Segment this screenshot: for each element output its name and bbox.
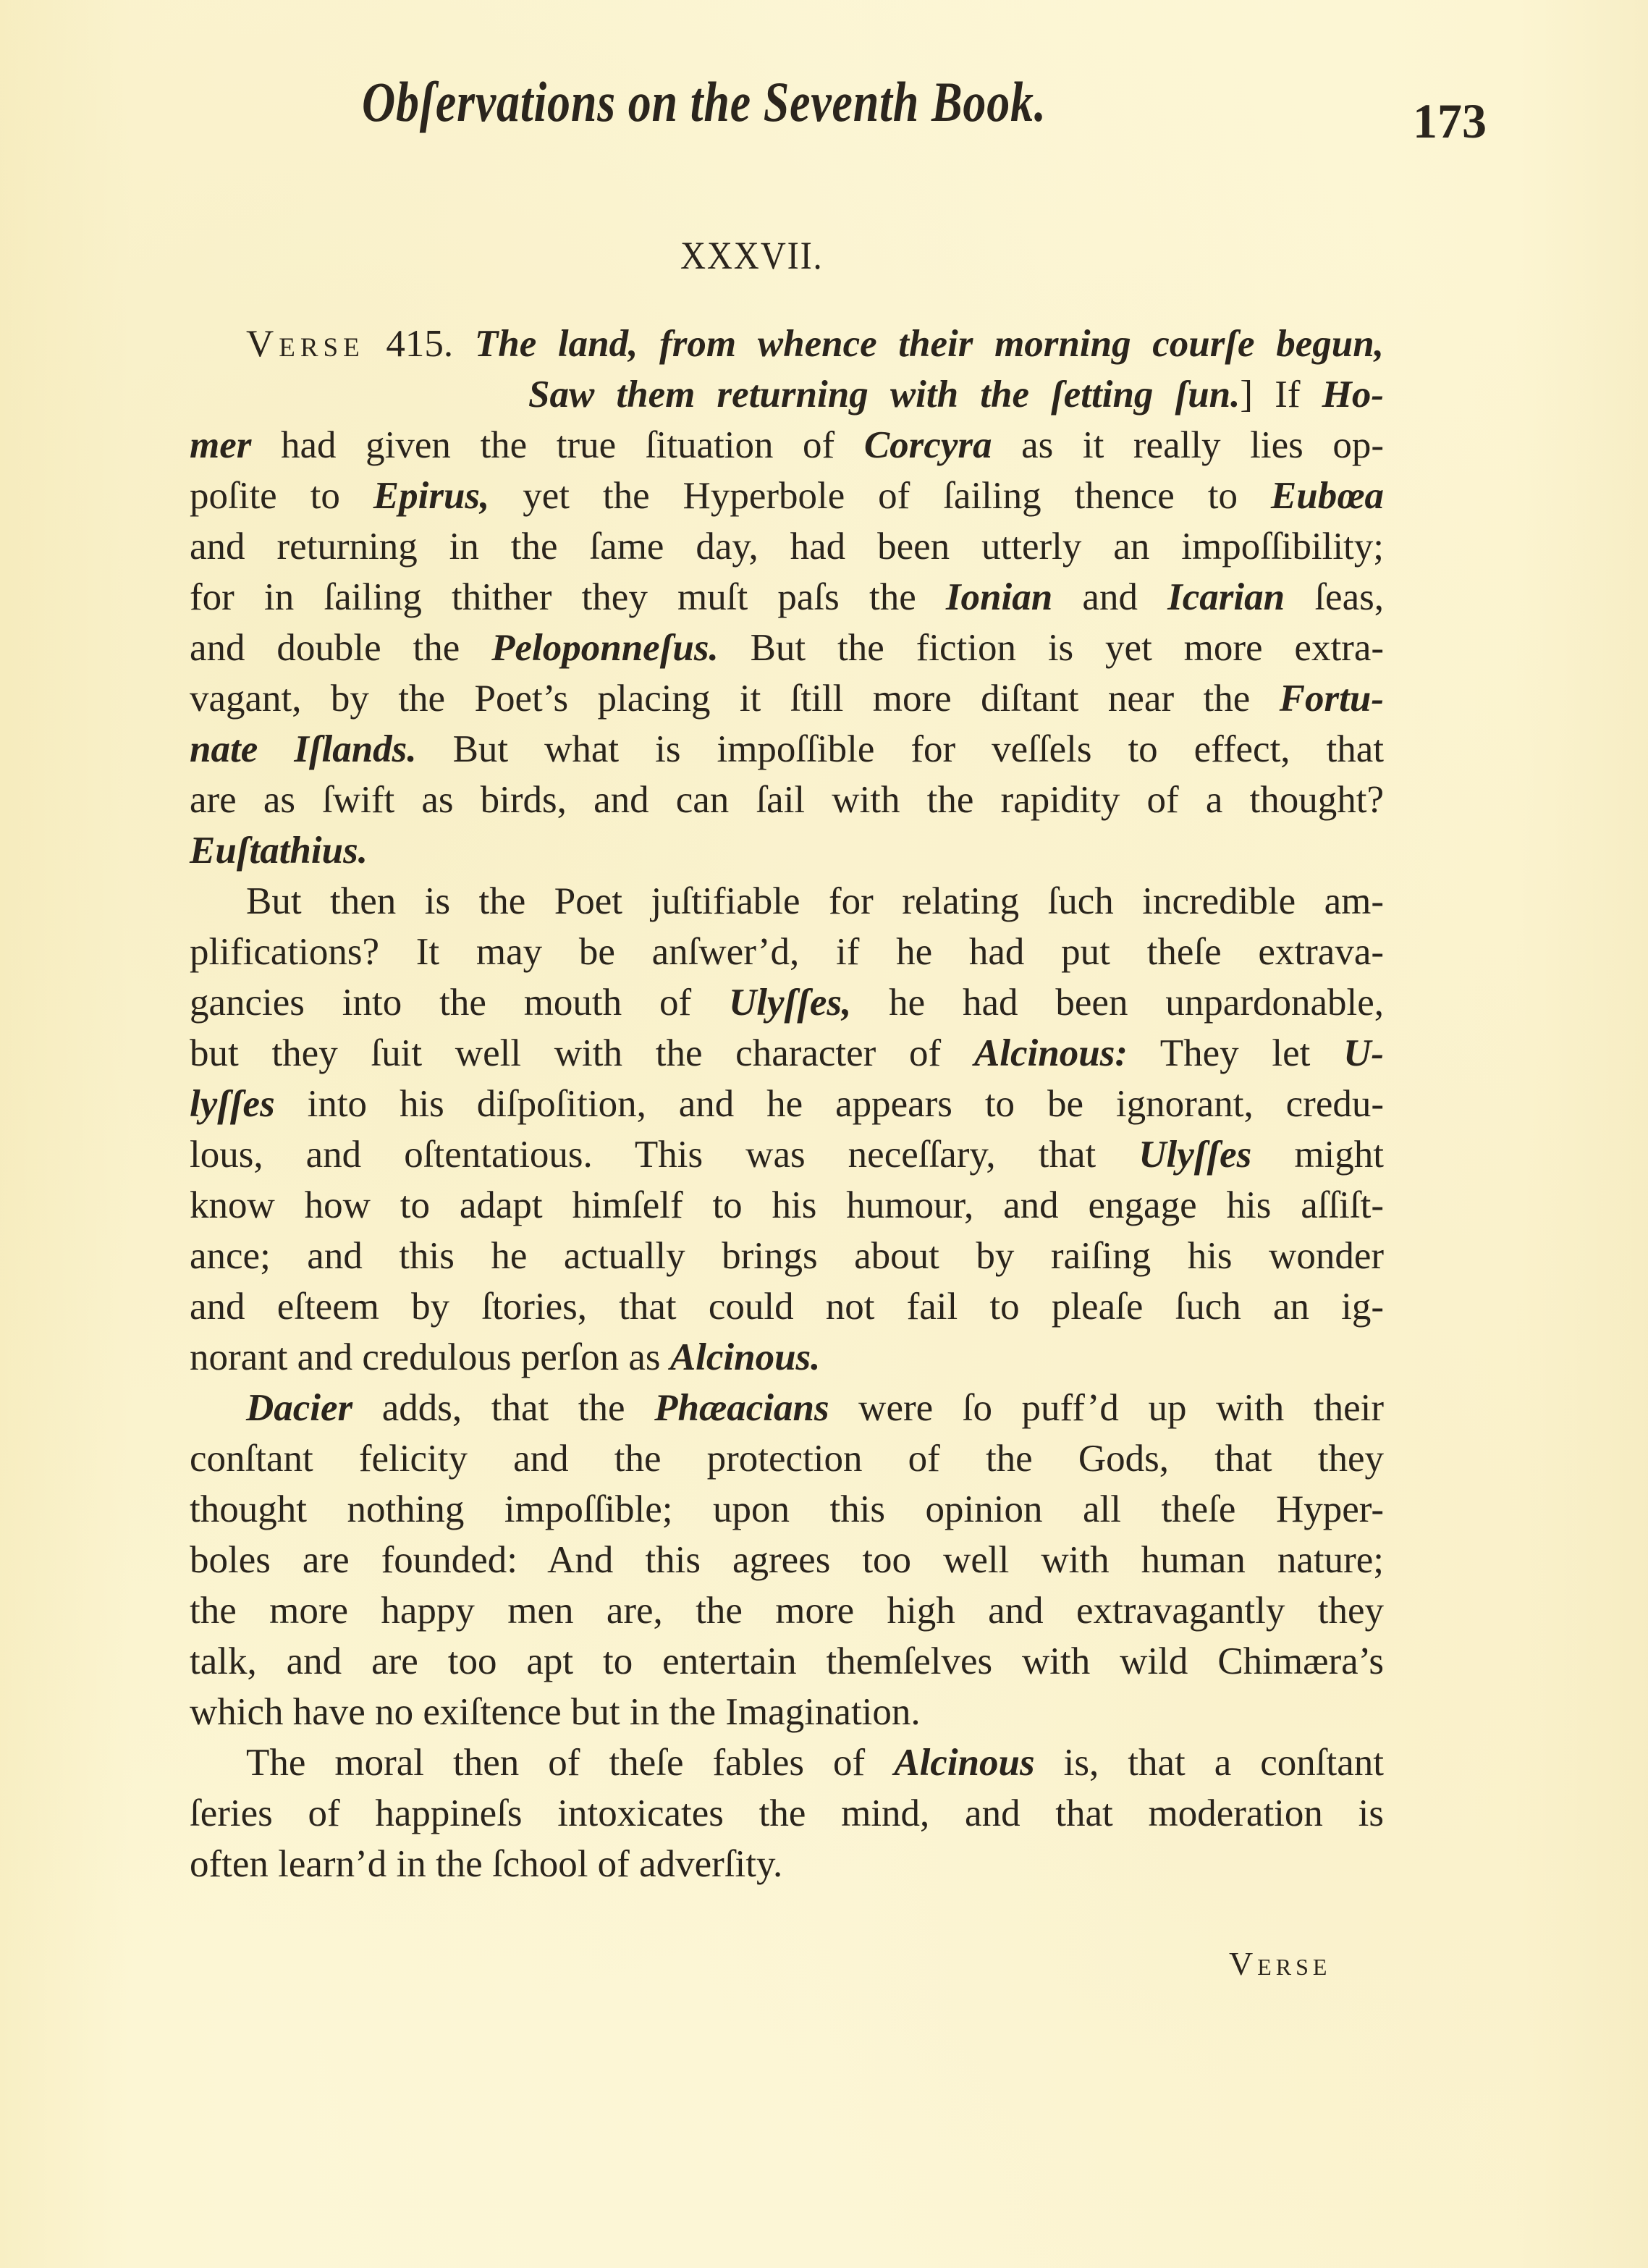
italic-text: Alcinous: — [974, 1032, 1128, 1074]
roman-text: yet the Hyperbole of ſailing thence to — [489, 475, 1271, 517]
italic-text: The land, from whence their morning cour… — [475, 323, 1384, 365]
text-line: vagant, by the Poet’s placing it ſtill m… — [190, 673, 1384, 724]
body-text: Verse 415. The land, from whence their m… — [190, 319, 1384, 1889]
roman-text: and — [1052, 576, 1167, 618]
roman-text: They let — [1128, 1032, 1343, 1074]
italic-text: Ulyſſes, — [729, 982, 851, 1024]
section-number: XXXVII. — [680, 233, 824, 278]
roman-text: often learn’d in the ſchool of adverſity… — [190, 1843, 782, 1885]
text-line: conſtant felicity and the protection of … — [190, 1433, 1384, 1484]
roman-text: the more happy men are, the more high an… — [190, 1590, 1384, 1632]
text-line: poſite to Epirus, yet the Hyperbole of ſ… — [190, 471, 1384, 521]
text-line: nate Iſlands. But what is impoſſible for… — [190, 724, 1384, 775]
text-line: and eſteem by ſtories, that could not fa… — [190, 1281, 1384, 1332]
italic-text: Ulyſſes — [1138, 1134, 1251, 1176]
roman-text: But the fiction is yet more extra- — [719, 627, 1384, 669]
roman-text: lous, and oſtentatious. This was neceſſa… — [190, 1134, 1138, 1176]
roman-text: ] If — [1240, 374, 1322, 416]
roman-text: and returning in the ſame day, had been … — [190, 526, 1384, 568]
book-page: Obſervations on the Seventh Book. 173 XX… — [0, 0, 1648, 2268]
italic-text: Alcinous. — [670, 1336, 821, 1378]
roman-text: thought nothing impoſſible; upon this op… — [190, 1488, 1384, 1530]
smallcaps-text: Verse — [246, 323, 365, 365]
text-line: Verse 415. The land, from whence their m… — [190, 319, 1384, 369]
roman-text: ſeries of happineſs intoxicates the mind… — [190, 1792, 1384, 1834]
catchword: Verse — [1229, 1944, 1331, 1983]
text-line: and returning in the ſame day, had been … — [190, 521, 1384, 572]
text-line: The moral then of theſe fables of Alcino… — [190, 1737, 1384, 1788]
roman-text: vagant, by the Poet’s placing it ſtill m… — [190, 678, 1280, 720]
text-line: boles are founded: And this agrees too w… — [190, 1535, 1384, 1585]
italic-text: Phæacians — [654, 1387, 829, 1429]
text-line: Euſtathius. — [190, 825, 1384, 876]
italic-text: Epirus, — [373, 475, 490, 517]
text-line: but they ſuit well with the character of… — [190, 1028, 1384, 1079]
italic-text: lyſſes — [190, 1083, 275, 1125]
roman-text: poſite to — [190, 475, 373, 517]
roman-text: are as ſwift as birds, and can ſail with… — [190, 779, 1384, 821]
text-line: and double the Peloponneſus. But the fic… — [190, 623, 1384, 673]
roman-text: into his diſpoſition, and he appears to … — [275, 1083, 1384, 1125]
roman-text: ance; and this he actually brings about … — [190, 1235, 1384, 1277]
text-line: lous, and oſtentatious. This was neceſſa… — [190, 1129, 1384, 1180]
text-line: gancies into the mouth of Ulyſſes, he ha… — [190, 977, 1384, 1028]
roman-text: talk, and are too apt to entertain themſ… — [190, 1640, 1384, 1682]
roman-text: as it really lies op- — [992, 424, 1384, 466]
text-line: mer had given the true ſituation of Corc… — [190, 420, 1384, 471]
italic-text: Euſtathius. — [190, 830, 368, 872]
roman-text: conſtant felicity and the protection of … — [190, 1438, 1384, 1480]
roman-text: but they ſuit well with the character of — [190, 1032, 974, 1074]
roman-text: adds, that the — [352, 1387, 654, 1429]
text-line: which have no exiſtence but in the Imagi… — [190, 1687, 1384, 1737]
text-line: talk, and are too apt to entertain themſ… — [190, 1636, 1384, 1687]
roman-text: ſeas, — [1285, 576, 1384, 618]
text-line: ſeries of happineſs intoxicates the mind… — [190, 1788, 1384, 1839]
text-line: are as ſwift as birds, and can ſail with… — [190, 775, 1384, 825]
roman-text: which have no exiſtence but in the Imagi… — [190, 1691, 921, 1733]
italic-text: Icarian — [1167, 576, 1285, 618]
italic-text: Eubœa — [1271, 475, 1384, 517]
text-line: Dacier adds, that the Phæacians were ſo … — [190, 1383, 1384, 1433]
text-line: But then is the Poet juſtifiable for rel… — [190, 876, 1384, 927]
page-number: 173 — [1413, 93, 1487, 150]
roman-text: he had been unpardonable, — [851, 982, 1384, 1024]
text-line: Saw them returning with the ſetting ſun.… — [190, 369, 1384, 420]
italic-text: U- — [1343, 1032, 1384, 1074]
italic-text: Corcyra — [864, 424, 992, 466]
roman-text: plifications? It may be anſwer’d, if he … — [190, 931, 1384, 973]
italic-text: Ionian — [946, 576, 1052, 618]
roman-text: and eſteem by ſtories, that could not fa… — [190, 1286, 1384, 1328]
text-line: norant and credulous perſon as Alcinous. — [190, 1332, 1384, 1383]
text-line: often learn’d in the ſchool of adverſity… — [190, 1839, 1384, 1889]
text-line: thought nothing impoſſible; upon this op… — [190, 1484, 1384, 1535]
italic-text: Fortu- — [1280, 678, 1384, 720]
roman-text: is, that a conſtant — [1035, 1742, 1384, 1784]
italic-text: Peloponneſus. — [491, 627, 719, 669]
italic-text: Ho- — [1322, 374, 1384, 416]
italic-text: Alcinous — [894, 1742, 1034, 1784]
text-line: ance; and this he actually brings about … — [190, 1231, 1384, 1281]
roman-text: But what is impoſſible for veſſels to ef… — [417, 728, 1384, 770]
text-line: the more happy men are, the more high an… — [190, 1585, 1384, 1636]
roman-text: But then is the Poet juſtifiable for rel… — [246, 880, 1384, 922]
italic-text: mer — [190, 424, 251, 466]
roman-text: 415. — [365, 323, 475, 365]
italic-text: nate Iſlands. — [190, 728, 417, 770]
roman-text: were ſo puff’d up with their — [829, 1387, 1384, 1429]
running-head: Obſervations on the Seventh Book. — [362, 69, 1047, 135]
text-line: for in ſailing thither they muſt paſs th… — [190, 572, 1384, 623]
italic-text: Dacier — [246, 1387, 352, 1429]
italic-text: Saw them returning with the ſetting ſun. — [528, 374, 1240, 416]
roman-text: and double the — [190, 627, 491, 669]
text-line: know how to adapt himſelf to his humour,… — [190, 1180, 1384, 1231]
roman-text: might — [1251, 1134, 1384, 1176]
text-line: plifications? It may be anſwer’d, if he … — [190, 927, 1384, 977]
text-line: lyſſes into his diſpoſition, and he appe… — [190, 1079, 1384, 1129]
roman-text: gancies into the mouth of — [190, 982, 729, 1024]
roman-text: The moral then of theſe fables of — [246, 1742, 894, 1784]
roman-text: norant and credulous perſon as — [190, 1336, 670, 1378]
roman-text: for in ſailing thither they muſt paſs th… — [190, 576, 946, 618]
roman-text: boles are founded: And this agrees too w… — [190, 1539, 1384, 1581]
roman-text: know how to adapt himſelf to his humour,… — [190, 1184, 1384, 1226]
roman-text: had given the true ſituation of — [251, 424, 863, 466]
